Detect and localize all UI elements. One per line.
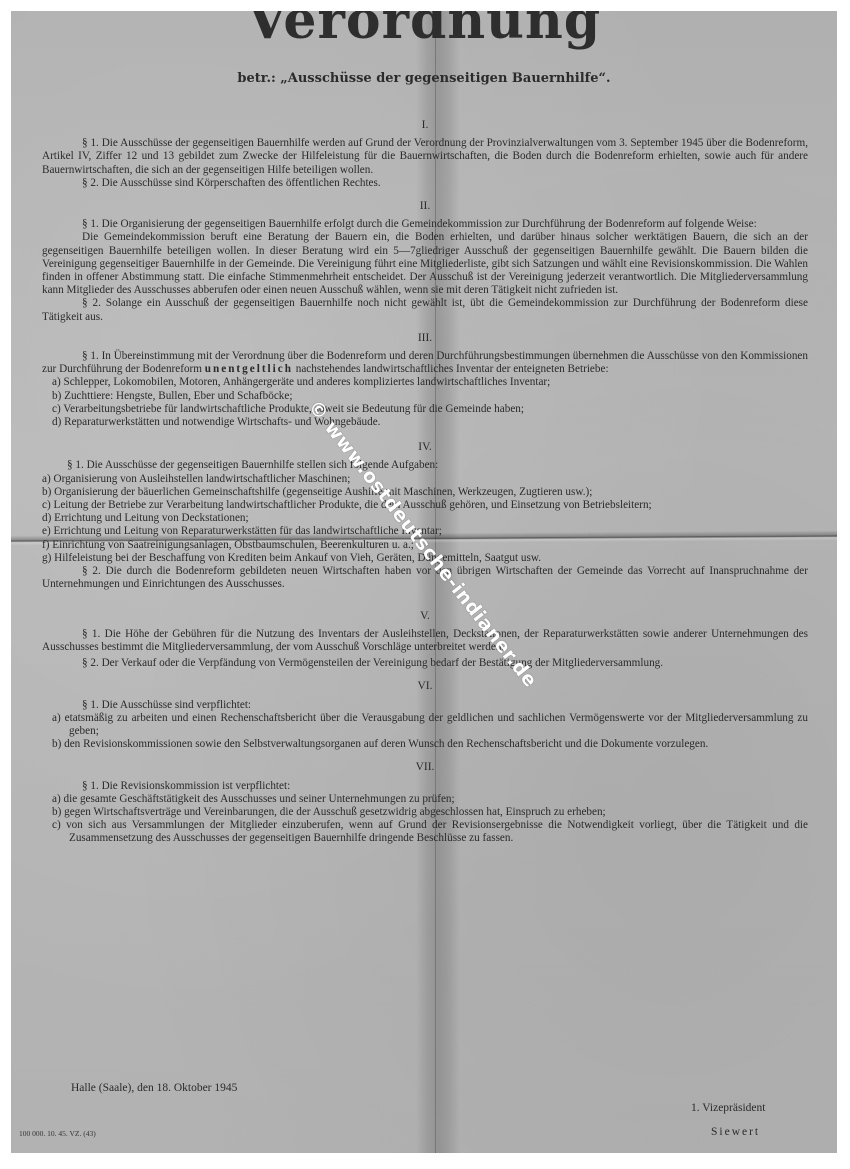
- section-number: I.: [42, 119, 808, 132]
- list-item: b) Zuchttiere: Hengste, Bullen, Eber und…: [52, 390, 808, 403]
- section-4: IV. § 1. Die Ausschüsse der gegenseitige…: [42, 441, 808, 591]
- paragraph: § 1. Die Ausschüsse der gegenseitigen Ba…: [42, 459, 808, 472]
- paragraph: § 1. Die Organisierung der gegenseitigen…: [42, 218, 808, 231]
- paragraph: § 1. In Übereinstimmung mit der Verordnu…: [42, 350, 808, 376]
- paragraph: § 2. Solange ein Ausschuß der gegenseiti…: [42, 297, 808, 323]
- section-2: II. § 1. Die Organisierung der gegenseit…: [42, 200, 808, 324]
- paragraph: Die Gemeindekommission beruft eine Berat…: [42, 231, 808, 297]
- intro-text: nachstehendes landwirtschaftliches Inven…: [296, 363, 609, 375]
- document-title: Verordnung: [11, 11, 837, 47]
- paragraph: § 1. Die Ausschüsse der gegenseitigen Ba…: [42, 137, 808, 177]
- list-item: b) den Revisionskommissionen sowie den S…: [52, 738, 808, 751]
- list-item: b) Organisierung der bäuerlichen Gemeins…: [42, 486, 808, 499]
- emphasis-text: unentgeltlich: [205, 363, 293, 375]
- item-list: a) die gesamte Geschäftstätigkeit des Au…: [42, 793, 808, 846]
- paragraph: § 1. Die Höhe der Gebühren für die Nutzu…: [42, 628, 808, 654]
- list-item: d) Errichtung und Leitung von Deckstatio…: [42, 512, 808, 525]
- document-body: I. § 1. Die Ausschüsse der gegenseitigen…: [42, 111, 808, 846]
- item-list: a) etatsmäßig zu arbeiten und einen Rech…: [42, 712, 808, 752]
- list-item: c) Verarbeitungsbetriebe für landwirtsch…: [52, 403, 808, 416]
- print-code: 100 000. 10. 45. VZ. (43): [19, 1129, 96, 1138]
- list-item: c) von sich aus Versammlungen der Mitgli…: [52, 819, 808, 845]
- list-item: d) Reparaturwerkstätten und notwendige W…: [52, 416, 808, 429]
- signer-role: 1. Vizepräsident: [691, 1102, 765, 1114]
- section-number: VII.: [42, 761, 808, 774]
- place-date: Halle (Saale), den 18. Oktober 1945: [71, 1082, 237, 1094]
- section-1: I. § 1. Die Ausschüsse der gegenseitigen…: [42, 119, 808, 190]
- paragraph: § 2. Der Verkauf oder die Verpfändung vo…: [42, 657, 808, 670]
- list-item: a) die gesamte Geschäftstätigkeit des Au…: [52, 793, 808, 806]
- section-5: V. § 1. Die Höhe der Gebühren für die Nu…: [42, 610, 808, 671]
- list-item: b) gegen Wirtschaftsverträge und Vereinb…: [52, 806, 808, 819]
- signer-name: Siewert: [711, 1126, 760, 1138]
- section-number: II.: [42, 200, 808, 213]
- section-number: V.: [42, 610, 808, 623]
- paragraph: § 1. Die Ausschüsse sind verpflichtet:: [42, 699, 808, 712]
- section-3: III. § 1. In Übereinstimmung mit der Ver…: [42, 332, 808, 429]
- section-number: III.: [42, 332, 808, 345]
- item-list: a) Schlepper, Lokomobilen, Motoren, Anhä…: [42, 376, 808, 429]
- section-6: VI. § 1. Die Ausschüsse sind verpflichte…: [42, 680, 808, 751]
- section-number: IV.: [42, 441, 808, 454]
- section-7: VII. § 1. Die Revisionskommission ist ve…: [42, 761, 808, 845]
- paragraph: § 2. Die Ausschüsse sind Körperschaften …: [42, 177, 808, 190]
- paragraph: § 2. Die durch die Bodenreform gebildete…: [42, 565, 808, 591]
- list-item: a) Schlepper, Lokomobilen, Motoren, Anhä…: [52, 376, 808, 389]
- list-item: a) etatsmäßig zu arbeiten und einen Rech…: [52, 712, 808, 738]
- document-paper: Verordnung betr.: „Ausschüsse der gegens…: [11, 11, 837, 1153]
- list-item: c) Leitung der Betriebe zur Verarbeitung…: [42, 499, 808, 512]
- paragraph: § 1. Die Revisionskommission ist verpfli…: [42, 780, 808, 793]
- document-subtitle: betr.: „Ausschüsse der gegenseitigen Bau…: [11, 71, 837, 86]
- list-item: a) Organisierung von Ausleihstellen land…: [42, 473, 808, 486]
- section-number: VI.: [42, 680, 808, 693]
